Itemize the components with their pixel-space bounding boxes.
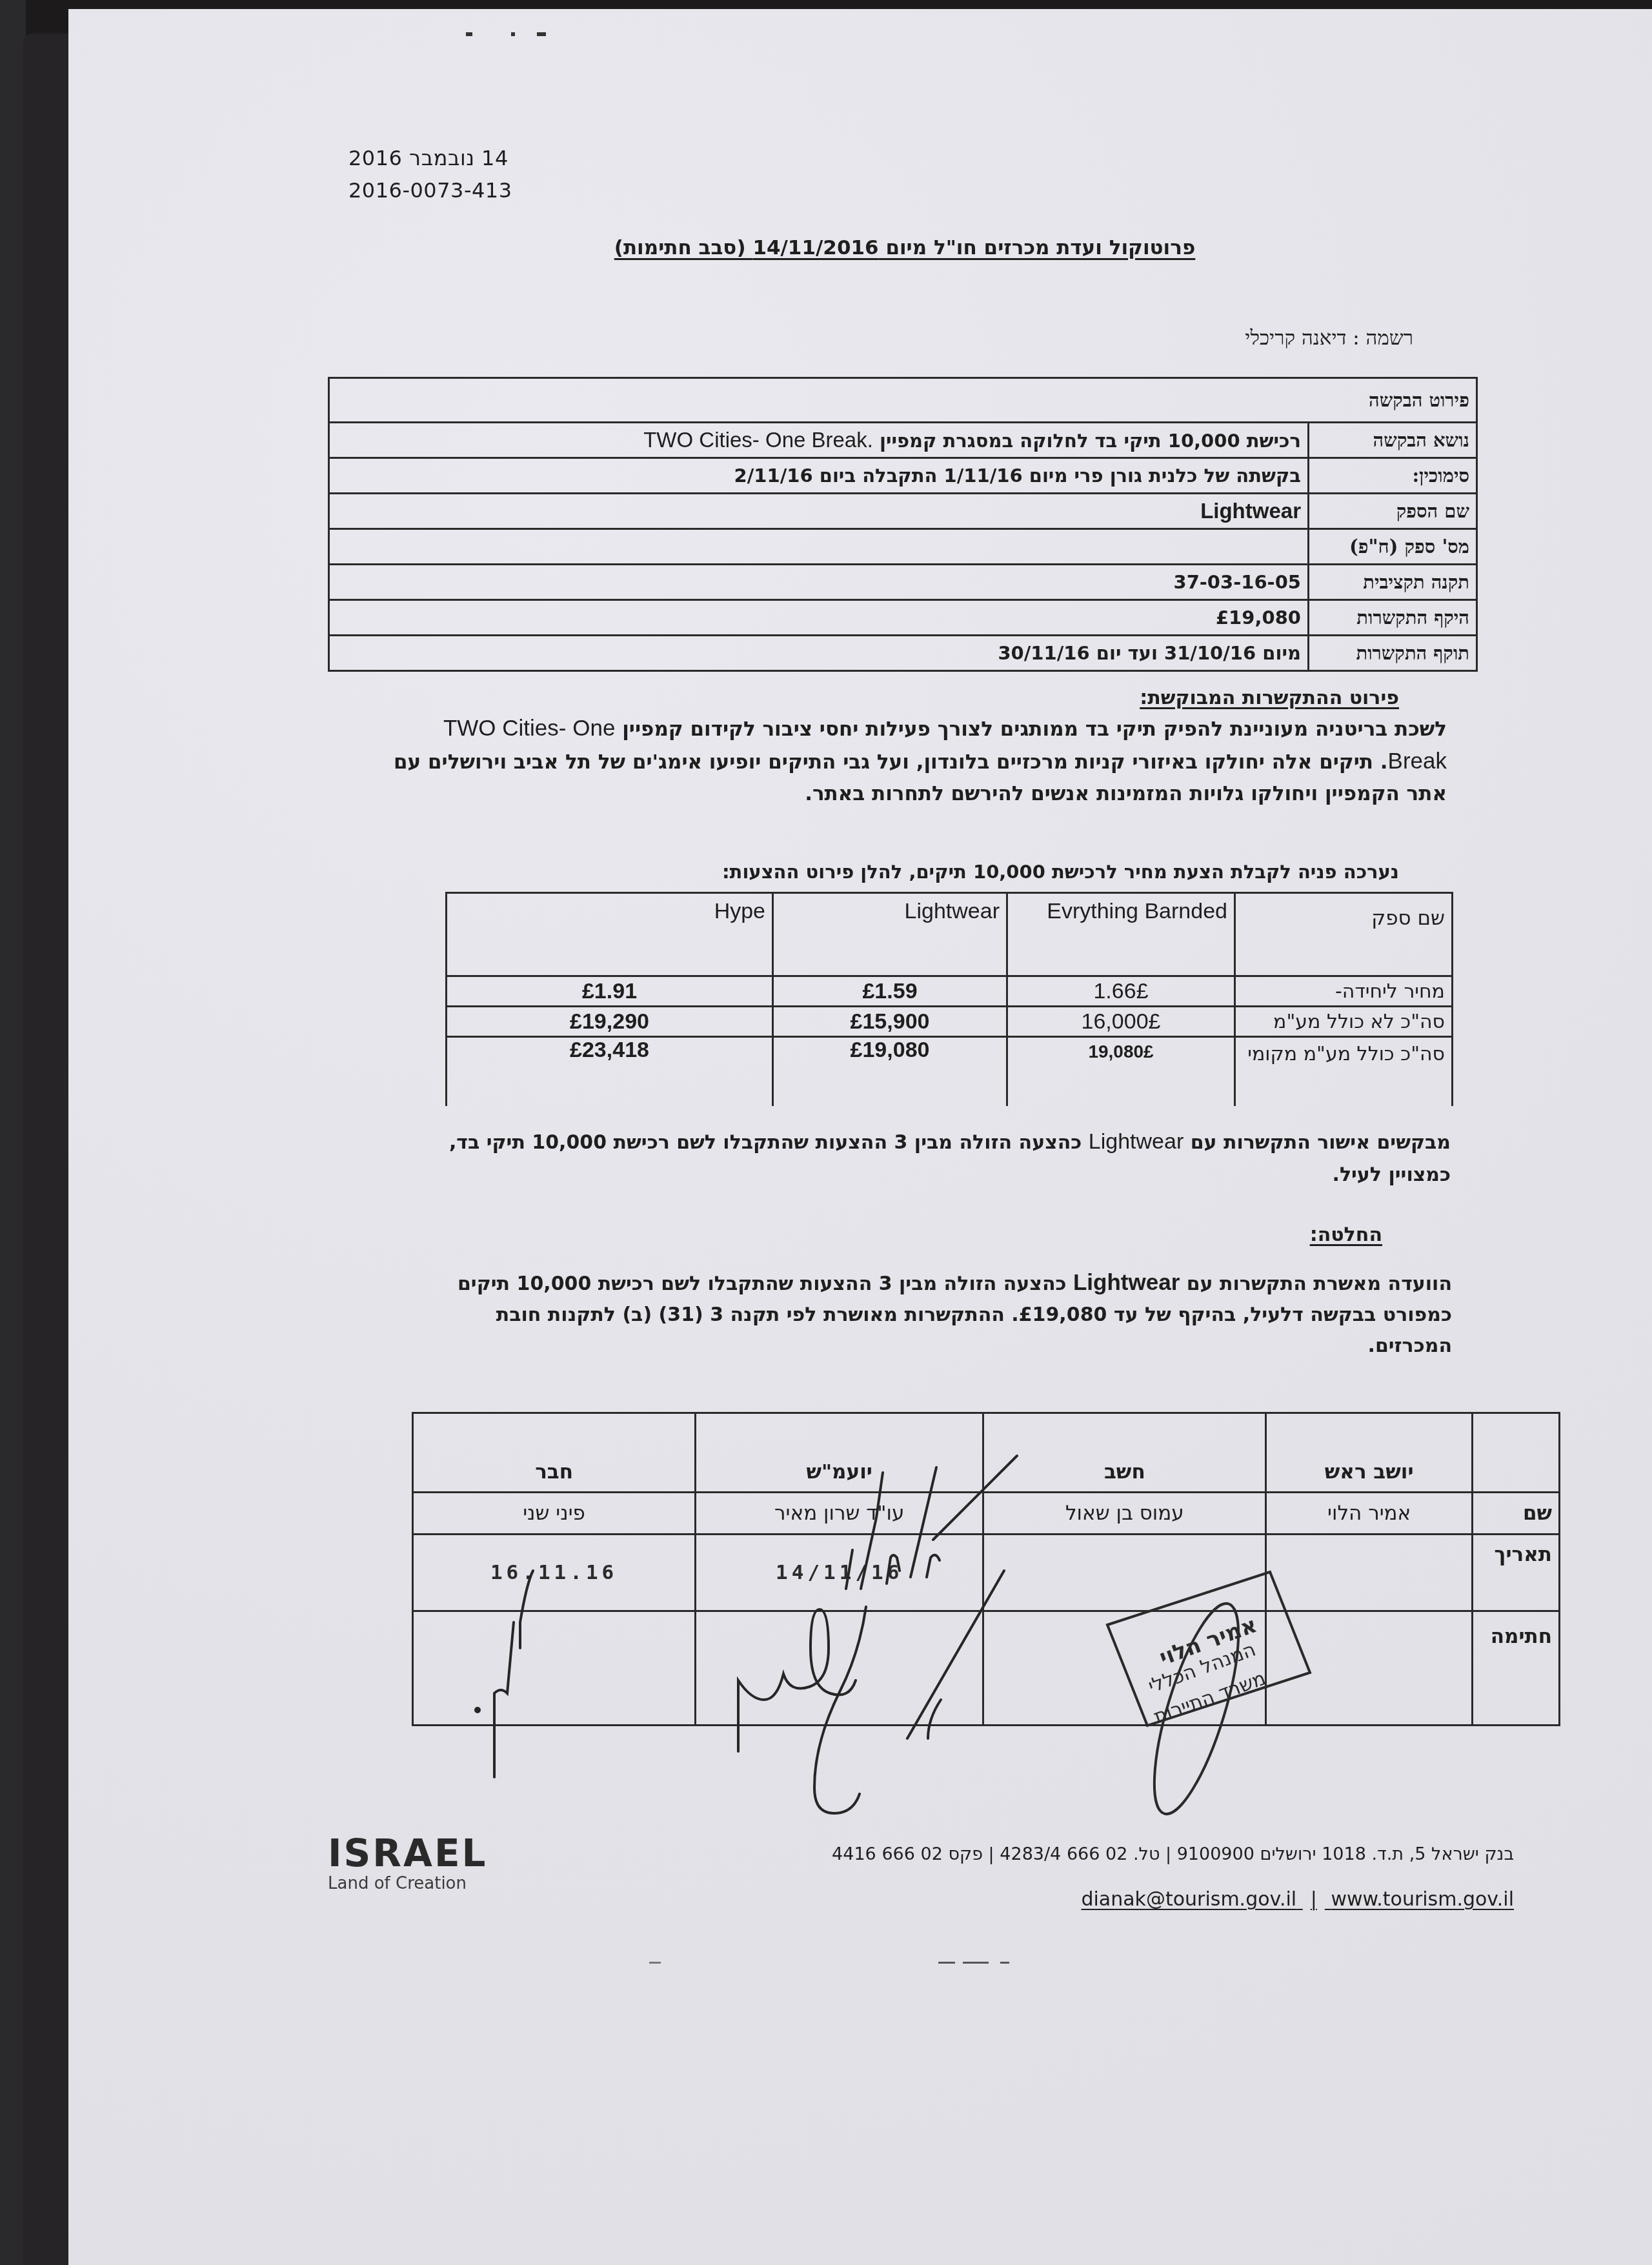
- footer-address: בנק ישראל 5, ת.ד. 1018 ירושלים 9100900 |…: [832, 1844, 1514, 1864]
- offers-header-row: שם ספק Evrything Barnded Lightwear Hype: [447, 893, 1453, 976]
- table-row: סימוכין: בקשתה של כלנית גורן פרי מיום 1/…: [329, 458, 1477, 494]
- offers-table: שם ספק Evrything Barnded Lightwear Hype …: [445, 892, 1453, 1106]
- engagement-heading: פירוט ההתקשרות המבוקשת:: [1140, 687, 1399, 709]
- member-name: עו"ד שרון מאיר: [696, 1493, 983, 1535]
- israel-logo: ISRAEL Land of Creation: [328, 1834, 487, 1893]
- handwritten-date: 15/11/16: [983, 1535, 1266, 1611]
- email-link[interactable]: dianak@tourism.gov.il: [1081, 1888, 1296, 1911]
- role-chairman: יושב ראש: [1266, 1413, 1473, 1493]
- signature-cell: [413, 1611, 696, 1726]
- footer-contact-links: dianak@tourism.gov.il | www.tourism.gov.…: [1081, 1888, 1514, 1911]
- member-name: עמוס בן שאול: [983, 1493, 1266, 1535]
- scan-artifact: [1000, 1962, 1009, 1964]
- website-link[interactable]: www.tourism.gov.il: [1331, 1888, 1514, 1911]
- scanner-binder-edge: [0, 0, 26, 2265]
- member-name: פיני שני: [413, 1493, 696, 1535]
- scan-mark: [511, 32, 515, 36]
- table-row: מס' ספק (ח"פ): [329, 529, 1477, 565]
- table-row: סה"כ לא כולל מע"מ 16,000£ £15,900 £19,29…: [447, 1007, 1453, 1037]
- role-legal-advisor: יועמ"ש: [696, 1413, 983, 1493]
- scan-mark: [466, 32, 472, 36]
- table-row: תקנה תקציבית 37-03-16-05: [329, 565, 1477, 600]
- header-date: 14 נובמבר 2016: [348, 146, 509, 170]
- offers-intro: נערכה פניה לקבלת הצעת מחיר לרכישת 10,000…: [722, 861, 1399, 883]
- decision-heading: החלטה:: [1310, 1223, 1382, 1246]
- table-row: סה"כ כולל מע"מ מקומי 19,080£ £19,080 £23…: [447, 1037, 1453, 1107]
- role-member: חבר: [413, 1413, 696, 1493]
- handwritten-date: [1266, 1535, 1473, 1611]
- signature-table: יושב ראש חשב יועמ"ש חבר שם אמיר הלוי עמו…: [412, 1412, 1560, 1726]
- request-details-table: פירוט הבקשה נושא הבקשה רכישת 10,000 תיקי…: [328, 377, 1478, 672]
- handwritten-date: 14/11/16: [696, 1535, 983, 1611]
- signature-cell: [1266, 1611, 1473, 1726]
- table-row: היקף התקשרות £19,080: [329, 600, 1477, 636]
- scan-mark: [537, 32, 546, 36]
- handwritten-date: 16.11.16: [413, 1535, 696, 1611]
- table-row: תוקף התקשרות מיום 31/10/16 ועד יום 30/11…: [329, 636, 1477, 671]
- scan-artifact: [649, 1962, 661, 1964]
- signature-cell: [983, 1611, 1266, 1726]
- approval-request-text: מבקשים אישור התקשרות עם Lightwear כהצעה …: [392, 1125, 1451, 1191]
- table-row: שם הספק Lightwear: [329, 494, 1477, 529]
- member-name: אמיר הלוי: [1266, 1493, 1473, 1535]
- header-reference: 2016-0073-413: [348, 178, 512, 203]
- binder-strip: [23, 34, 70, 2265]
- logo-wordmark: ISRAEL: [328, 1834, 487, 1873]
- request-details-heading: פירוט הבקשה: [329, 378, 1477, 423]
- table-row: נושא הבקשה רכישת 10,000 תיקי בד לחלוקה ב…: [329, 423, 1477, 458]
- scan-artifact: [963, 1962, 989, 1964]
- recorder-line: רשמה : דיאנה קריכלי: [1245, 327, 1413, 350]
- table-row: מחיר ליחידה- 1.66£ £1.59 £1.91: [447, 976, 1453, 1007]
- scan-artifact: [938, 1962, 955, 1964]
- page-title: פרוטוקול ועדת מכרזים חו"ל מיום 14/11/201…: [559, 236, 1251, 259]
- document-page: 14 נובמבר 2016 2016-0073-413 פרוטוקול וע…: [68, 9, 1652, 2265]
- signature-cell: [696, 1611, 983, 1726]
- engagement-text: לשכת בריטניה מעוניינת להפיק תיקי בד ממות…: [373, 712, 1447, 810]
- role-accountant: חשב: [983, 1413, 1266, 1493]
- decision-text: הוועדה מאשרת התקשרות עם Lightwear כהצעה …: [410, 1267, 1452, 1362]
- logo-tagline: Land of Creation: [328, 1874, 487, 1893]
